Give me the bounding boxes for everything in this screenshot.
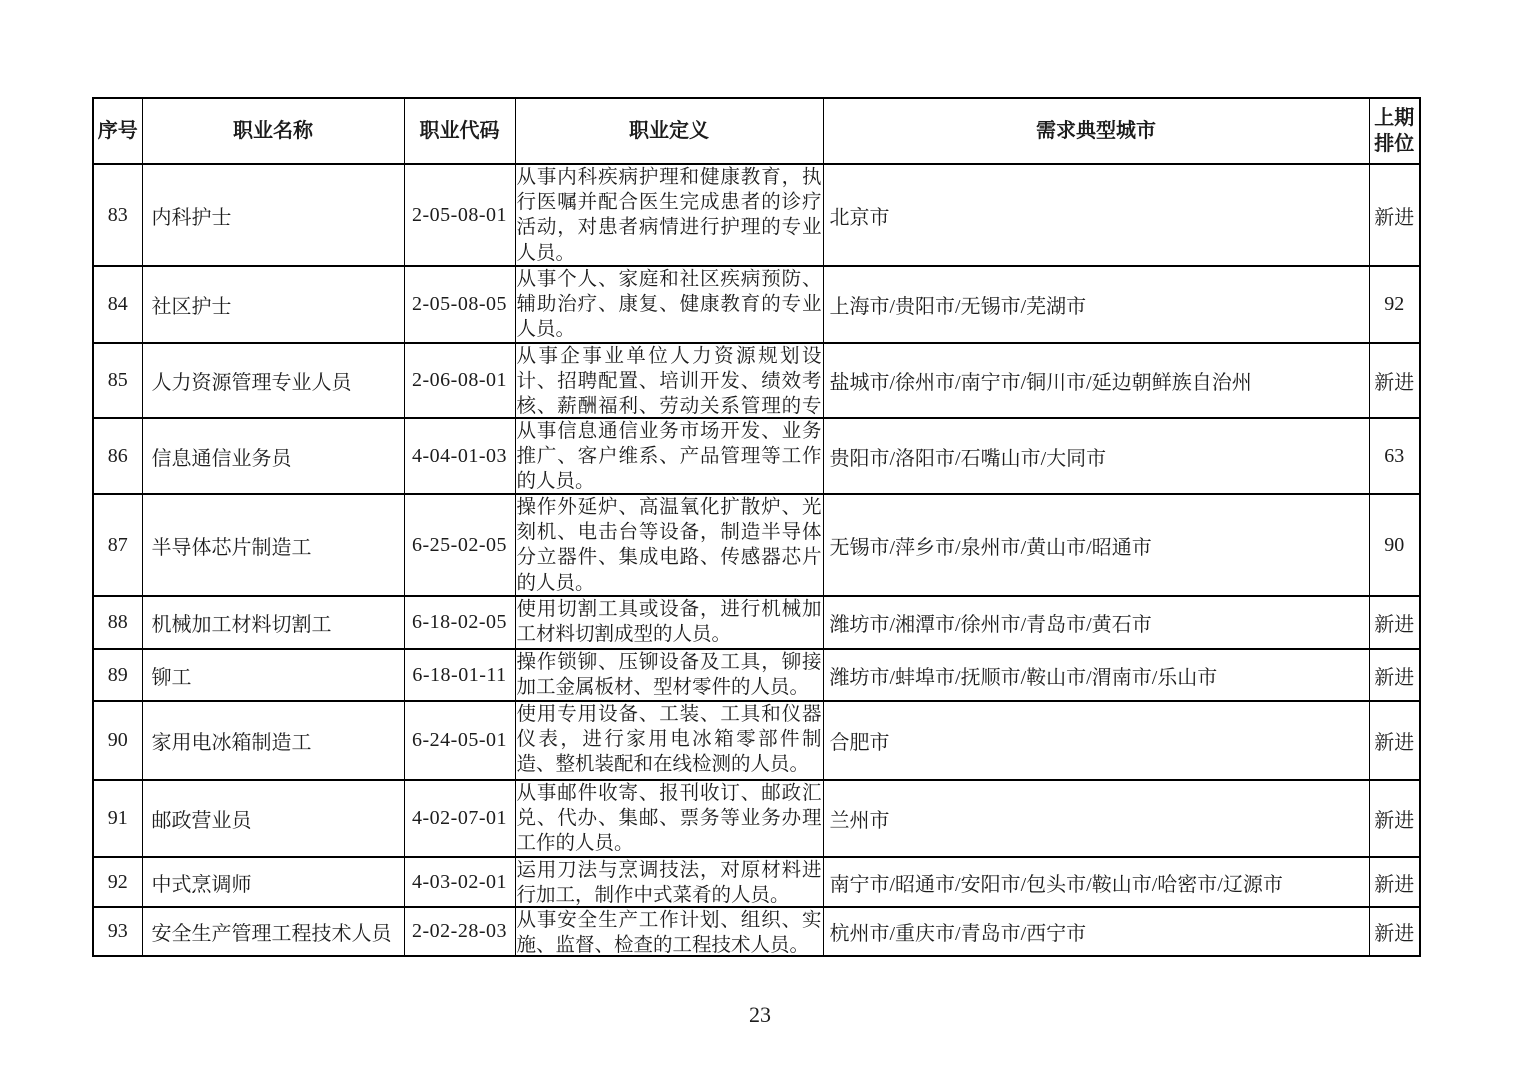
header-previous-rank: 上期排位 bbox=[1369, 98, 1420, 164]
serial-number-cell: 86 bbox=[93, 418, 142, 494]
occupation-name-cell: 邮政营业员 bbox=[142, 780, 404, 857]
previous-rank-cell: 新进 bbox=[1369, 907, 1420, 956]
occupation-name-cell: 人力资源管理专业人员 bbox=[142, 343, 404, 418]
occupation-name-cell: 中式烹调师 bbox=[142, 857, 404, 907]
table-row: 85 人力资源管理专业人员 2-06-08-01 从事企事业单位人力资源规划设计… bbox=[93, 343, 1420, 418]
demand-cities-cell: 兰州市 bbox=[823, 780, 1369, 857]
table-row: 87 半导体芯片制造工 6-25-02-05 操作外延炉、高温氧化扩散炉、光刻机… bbox=[93, 494, 1420, 596]
table-row: 86 信息通信业务员 4-04-01-03 从事信息通信业务市场开发、业务推广、… bbox=[93, 418, 1420, 494]
previous-rank-cell: 新进 bbox=[1369, 343, 1420, 418]
occupation-definition-cell: 操作锁铆、压铆设备及工具，铆接加工金属板材、型材零件的人员。 bbox=[515, 649, 823, 701]
table-row: 84 社区护士 2-05-08-05 从事个人、家庭和社区疾病预防、辅助治疗、康… bbox=[93, 266, 1420, 343]
serial-number-cell: 83 bbox=[93, 164, 142, 266]
occupation-definition-cell: 从事邮件收寄、报刊收订、邮政汇兑、代办、集邮、票务等业务办理工作的人员。 bbox=[515, 780, 823, 857]
previous-rank-cell: 新进 bbox=[1369, 596, 1420, 649]
previous-rank-cell: 新进 bbox=[1369, 649, 1420, 701]
demand-cities-cell: 合肥市 bbox=[823, 701, 1369, 780]
occupation-code-cell: 6-18-01-11 bbox=[404, 649, 515, 701]
occupation-definition-cell: 从事安全生产工作计划、组织、实施、监督、检查的工程技术人员。 bbox=[515, 907, 823, 956]
occupation-code-cell: 2-05-08-01 bbox=[404, 164, 515, 266]
occupation-name-cell: 铆工 bbox=[142, 649, 404, 701]
header-occupation-definition: 职业定义 bbox=[515, 98, 823, 164]
occupation-definition-text: 从事信息通信业务市场开发、业务推广、客户维系、产品管理等工作的人员。 bbox=[517, 419, 822, 493]
occupation-definition-cell: 操作外延炉、高温氧化扩散炉、光刻机、电击台等设备，制造半导体分立器件、集成电路、… bbox=[515, 494, 823, 596]
occupation-code-cell: 6-24-05-01 bbox=[404, 701, 515, 780]
occupation-definition-cell: 从事内科疾病护理和健康教育，执行医嘱并配合医生完成患者的诊疗活动，对患者病情进行… bbox=[515, 164, 823, 266]
occupation-name-cell: 社区护士 bbox=[142, 266, 404, 343]
occupation-definition-cell: 从事企事业单位人力资源规划设计、招聘配置、培训开发、绩效考核、薪酬福利、劳动关系… bbox=[515, 343, 823, 418]
occupation-name-cell: 内科护士 bbox=[142, 164, 404, 266]
serial-number-cell: 93 bbox=[93, 907, 142, 956]
serial-number-cell: 85 bbox=[93, 343, 142, 418]
demand-cities-cell: 南宁市/昭通市/安阳市/包头市/鞍山市/哈密市/辽源市 bbox=[823, 857, 1369, 907]
occupation-code-cell: 2-02-28-03 bbox=[404, 907, 515, 956]
demand-cities-cell: 杭州市/重庆市/青岛市/西宁市 bbox=[823, 907, 1369, 956]
previous-rank-cell: 63 bbox=[1369, 418, 1420, 494]
table-row: 90 家用电冰箱制造工 6-24-05-01 使用专用设备、工装、工具和仪器仪表… bbox=[93, 701, 1420, 780]
header-typical-demand-cities: 需求典型城市 bbox=[823, 98, 1369, 164]
occupation-definition-text: 从事安全生产工作计划、组织、实施、监督、检查的工程技术人员。 bbox=[517, 908, 822, 955]
occupation-name-cell: 半导体芯片制造工 bbox=[142, 494, 404, 596]
occupation-name-cell: 信息通信业务员 bbox=[142, 418, 404, 494]
previous-rank-cell: 92 bbox=[1369, 266, 1420, 343]
occupation-definition-cell: 从事个人、家庭和社区疾病预防、辅助治疗、康复、健康教育的专业人员。 bbox=[515, 266, 823, 343]
occupation-definition-cell: 使用专用设备、工装、工具和仪器仪表，进行家用电冰箱零部件制造、整机装配和在线检测… bbox=[515, 701, 823, 780]
demand-cities-cell: 无锡市/萍乡市/泉州市/黄山市/昭通市 bbox=[823, 494, 1369, 596]
occupation-definition-text: 操作外延炉、高温氧化扩散炉、光刻机、电击台等设备，制造半导体分立器件、集成电路、… bbox=[517, 495, 822, 595]
occupation-code-cell: 4-03-02-01 bbox=[404, 857, 515, 907]
serial-number-cell: 90 bbox=[93, 701, 142, 780]
serial-number-cell: 84 bbox=[93, 266, 142, 343]
page-number: 23 bbox=[0, 1002, 1520, 1028]
occupation-definition-text: 使用专用设备、工装、工具和仪器仪表，进行家用电冰箱零部件制造、整机装配和在线检测… bbox=[517, 702, 822, 778]
demand-cities-cell: 潍坊市/湘潭市/徐州市/青岛市/黄石市 bbox=[823, 596, 1369, 649]
occupation-code-cell: 4-02-07-01 bbox=[404, 780, 515, 857]
occupation-definition-text: 从事邮件收寄、报刊收订、邮政汇兑、代办、集邮、票务等业务办理工作的人员。 bbox=[517, 781, 822, 856]
occupation-definition-text: 使用切割工具或设备，进行机械加工材料切割成型的人员。 bbox=[517, 597, 822, 647]
previous-rank-cell: 新进 bbox=[1369, 857, 1420, 907]
table-row: 89 铆工 6-18-01-11 操作锁铆、压铆设备及工具，铆接加工金属板材、型… bbox=[93, 649, 1420, 701]
occupation-definition-text: 从事内科疾病护理和健康教育，执行医嘱并配合医生完成患者的诊疗活动，对患者病情进行… bbox=[517, 165, 822, 265]
previous-rank-cell: 新进 bbox=[1369, 780, 1420, 857]
occupation-definition-cell: 使用切割工具或设备，进行机械加工材料切割成型的人员。 bbox=[515, 596, 823, 649]
table-row: 83 内科护士 2-05-08-01 从事内科疾病护理和健康教育，执行医嘱并配合… bbox=[93, 164, 1420, 266]
table-row: 93 安全生产管理工程技术人员 2-02-28-03 从事安全生产工作计划、组织… bbox=[93, 907, 1420, 956]
occupation-ranking-table: 序号 职业名称 职业代码 职业定义 需求典型城市 上期排位 83 内科护士 2-… bbox=[92, 97, 1421, 957]
occupation-code-cell: 2-05-08-05 bbox=[404, 266, 515, 343]
header-occupation-name: 职业名称 bbox=[142, 98, 404, 164]
occupation-definition-text: 从事个人、家庭和社区疾病预防、辅助治疗、康复、健康教育的专业人员。 bbox=[517, 267, 822, 342]
serial-number-cell: 91 bbox=[93, 780, 142, 857]
header-serial-number: 序号 bbox=[93, 98, 142, 164]
previous-rank-cell: 90 bbox=[1369, 494, 1420, 596]
occupation-definition-text: 从事企事业单位人力资源规划设计、招聘配置、培训开发、绩效考核、薪酬福利、劳动关系… bbox=[517, 344, 822, 417]
table-header-row: 序号 职业名称 职业代码 职业定义 需求典型城市 上期排位 bbox=[93, 98, 1420, 164]
serial-number-cell: 88 bbox=[93, 596, 142, 649]
serial-number-cell: 92 bbox=[93, 857, 142, 907]
table-header: 序号 职业名称 职业代码 职业定义 需求典型城市 上期排位 bbox=[93, 98, 1420, 164]
header-occupation-code: 职业代码 bbox=[404, 98, 515, 164]
table-row: 91 邮政营业员 4-02-07-01 从事邮件收寄、报刊收订、邮政汇兑、代办、… bbox=[93, 780, 1420, 857]
occupation-definition-text: 操作锁铆、压铆设备及工具，铆接加工金属板材、型材零件的人员。 bbox=[517, 650, 822, 700]
occupation-definition-text: 运用刀法与烹调技法，对原材料进行加工，制作中式菜肴的人员。 bbox=[517, 858, 822, 906]
demand-cities-cell: 贵阳市/洛阳市/石嘴山市/大同市 bbox=[823, 418, 1369, 494]
occupation-name-cell: 机械加工材料切割工 bbox=[142, 596, 404, 649]
demand-cities-cell: 北京市 bbox=[823, 164, 1369, 266]
serial-number-cell: 89 bbox=[93, 649, 142, 701]
occupation-code-cell: 2-06-08-01 bbox=[404, 343, 515, 418]
serial-number-cell: 87 bbox=[93, 494, 142, 596]
document-page: 序号 职业名称 职业代码 职业定义 需求典型城市 上期排位 83 内科护士 2-… bbox=[0, 0, 1520, 1074]
occupation-code-cell: 6-25-02-05 bbox=[404, 494, 515, 596]
occupation-definition-cell: 从事信息通信业务市场开发、业务推广、客户维系、产品管理等工作的人员。 bbox=[515, 418, 823, 494]
demand-cities-cell: 盐城市/徐州市/南宁市/铜川市/延边朝鲜族自治州 bbox=[823, 343, 1369, 418]
demand-cities-cell: 上海市/贵阳市/无锡市/芜湖市 bbox=[823, 266, 1369, 343]
occupation-name-cell: 安全生产管理工程技术人员 bbox=[142, 907, 404, 956]
demand-cities-cell: 潍坊市/蚌埠市/抚顺市/鞍山市/渭南市/乐山市 bbox=[823, 649, 1369, 701]
occupation-name-cell: 家用电冰箱制造工 bbox=[142, 701, 404, 780]
occupation-code-cell: 4-04-01-03 bbox=[404, 418, 515, 494]
table-row: 88 机械加工材料切割工 6-18-02-05 使用切割工具或设备，进行机械加工… bbox=[93, 596, 1420, 649]
occupation-definition-cell: 运用刀法与烹调技法，对原材料进行加工，制作中式菜肴的人员。 bbox=[515, 857, 823, 907]
previous-rank-cell: 新进 bbox=[1369, 164, 1420, 266]
table-row: 92 中式烹调师 4-03-02-01 运用刀法与烹调技法，对原材料进行加工，制… bbox=[93, 857, 1420, 907]
previous-rank-cell: 新进 bbox=[1369, 701, 1420, 780]
occupation-code-cell: 6-18-02-05 bbox=[404, 596, 515, 649]
table-body: 83 内科护士 2-05-08-01 从事内科疾病护理和健康教育，执行医嘱并配合… bbox=[93, 164, 1420, 956]
